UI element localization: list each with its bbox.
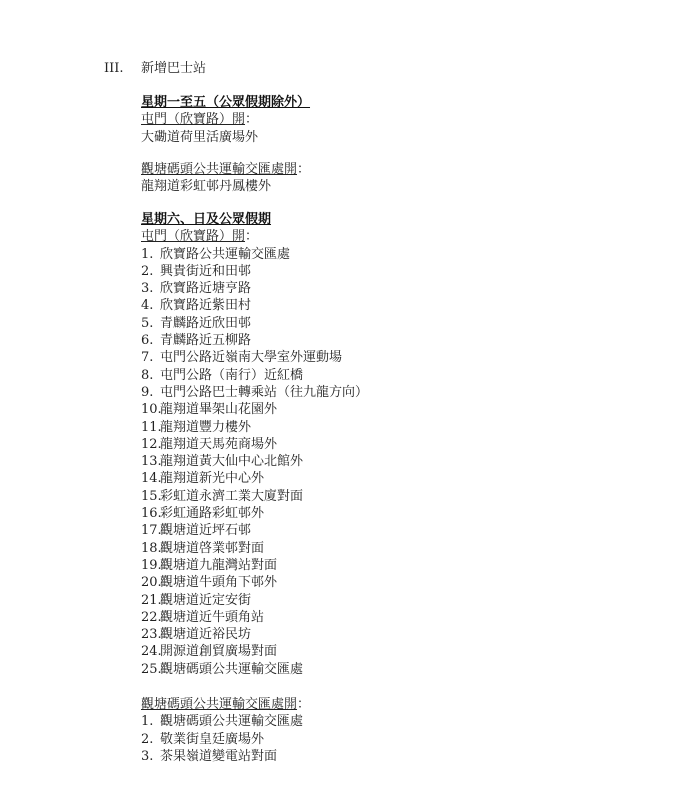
list-item: 4.欣寶路近紫田村 [141,297,368,314]
document-page: III. 新增巴士站 星期一至五（公眾假期除外） 屯門（欣寶路）開： 大磡道荷里… [0,0,682,800]
list-item: 14.龍翔道新光中心外 [141,470,368,487]
weekend-stop-list-tuen-mun: 1.欣寶路公共運輸交匯處 2.興貴街近和田邨 3.欣寶路近塘亨路 4.欣寶路近紫… [141,246,368,678]
origin-label: 屯門（欣寶路）開 [141,112,245,127]
weekend-stop-list-kwun-tong: 1.觀塘碼頭公共運輸交匯處 2.敬業街皇廷廣場外 3.茶果嶺道變電站對面 [141,713,310,765]
origin-colon: ： [297,162,310,177]
list-item: 18.觀塘道啓業邨對面 [141,540,368,557]
list-item: 11.龍翔道豐力樓外 [141,419,368,436]
list-item: 10.龍翔道畢架山花園外 [141,401,368,418]
origin-label: 觀塘碼頭公共運輸交匯處開 [141,162,297,177]
weekend-block-kwun-tong: 觀塘碼頭公共運輸交匯處開： 1.觀塘碼頭公共運輸交匯處 2.敬業街皇廷廣場外 3… [141,696,310,765]
list-item: 1.欣寶路公共運輸交匯處 [141,246,368,263]
weekday-block: 星期一至五（公眾假期除外） 屯門（欣寶路）開： 大磡道荷里活廣場外 [141,94,310,146]
origin-colon: ： [245,112,258,127]
weekday-origin-kwun-tong: 觀塘碼頭公共運輸交匯處開： [141,161,310,178]
list-item: 6.青麟路近五柳路 [141,332,368,349]
list-item: 9.屯門公路巴士轉乘站（往九龍方向） [141,384,368,401]
weekday-stop: 龍翔道彩虹邨丹鳳樓外 [141,178,310,195]
origin-label: 觀塘碼頭公共運輸交匯處開 [141,697,297,712]
origin-colon: ： [297,697,310,712]
list-item: 21.觀塘道近定安街 [141,592,368,609]
list-item: 17.觀塘道近坪石邨 [141,522,368,539]
list-item: 22.觀塘道近牛頭角站 [141,609,368,626]
section-number: III. [104,60,124,77]
weekend-heading: 星期六、日及公眾假期 [141,211,368,228]
list-item: 5.青麟路近欣田邨 [141,315,368,332]
weekday-origin-tuen-mun: 屯門（欣寶路）開： [141,111,310,128]
weekend-origin-tuen-mun: 屯門（欣寶路）開： [141,228,368,245]
list-item: 12.龍翔道天馬苑商場外 [141,436,368,453]
list-item: 2.興貴街近和田邨 [141,263,368,280]
weekday-stop: 大磡道荷里活廣場外 [141,129,310,146]
weekend-origin-kwun-tong: 觀塘碼頭公共運輸交匯處開： [141,696,310,713]
list-item: 1.觀塘碼頭公共運輸交匯處 [141,713,310,730]
list-item: 20.觀塘道牛頭角下邨外 [141,574,368,591]
weekend-block: 星期六、日及公眾假期 屯門（欣寶路）開： 1.欣寶路公共運輸交匯處 2.興貴街近… [141,211,368,678]
weekday-heading: 星期一至五（公眾假期除外） [141,94,310,111]
list-item: 24.開源道創貿廣場對面 [141,643,368,660]
list-item: 3.欣寶路近塘亨路 [141,280,368,297]
list-item: 8.屯門公路（南行）近紅橋 [141,367,368,384]
origin-colon: ： [245,229,258,244]
list-item: 25.觀塘碼頭公共運輸交匯處 [141,661,368,678]
origin-label: 屯門（欣寶路）開 [141,229,245,244]
section-title: 新增巴士站 [141,60,206,77]
list-item: 2.敬業街皇廷廣場外 [141,731,310,748]
list-item: 13.龍翔道黃大仙中心北館外 [141,453,368,470]
list-item: 16.彩虹通路彩虹邨外 [141,505,368,522]
weekday-block-kwun-tong: 觀塘碼頭公共運輸交匯處開： 龍翔道彩虹邨丹鳳樓外 [141,161,310,196]
list-item: 3.茶果嶺道變電站對面 [141,748,310,765]
list-item: 19.觀塘道九龍灣站對面 [141,557,368,574]
list-item: 15.彩虹道永濟工業大廈對面 [141,488,368,505]
list-item: 7.屯門公路近嶺南大學室外運動場 [141,349,368,366]
list-item: 23.觀塘道近裕民坊 [141,626,368,643]
